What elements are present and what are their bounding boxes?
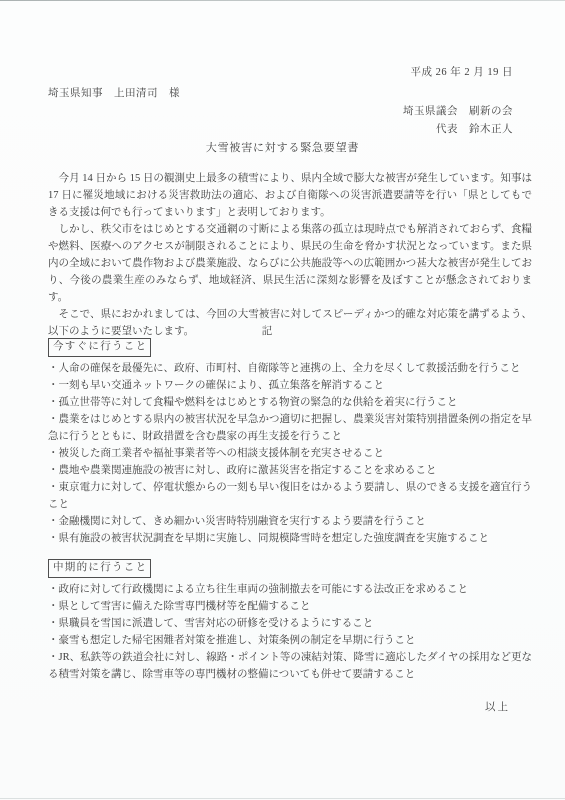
request-item-list: ・人命の確保を最優先に、政府、市町村、自衛隊等と連携の上、全力を尽くして救援活動… [48, 360, 532, 547]
request-item: ・県として雪害に備えた除雪専門機材等を配備すること [48, 598, 532, 615]
scan-artifact-top-edge [0, 0, 565, 1]
request-item: ・被災した商工業者や福祉事業者等への相談支援体制を充実させること [48, 445, 532, 462]
request-item: ・金融機関に対して、きめ細かい災害時特別融資を実行するよう要請を行うこと [48, 513, 532, 530]
request-item: ・政府に対して行政機関による立ち往生車両の強制撤去を可能にする法改正を求めること [48, 581, 532, 598]
sender-organization: 埼玉県議会 刷新の会 [48, 103, 513, 118]
request-item: ・孤立世帯等に対して食糧や燃料をはじめとする物資の緊急的な供給を着実に行うこと [48, 394, 532, 411]
document-title: 大雪被害に対する緊急要望書 [0, 139, 565, 155]
opening-paragraph: しかし、秩父市をはじめとする交通網の寸断による集落の孤立は現時点でも解消されてお… [48, 221, 532, 306]
section-immediate-actions: 今すぐに行うこと ・人命の確保を最優先に、政府、市町村、自衛隊等と連携の上、全力… [48, 338, 532, 547]
sender-representative: 代表 鈴木正人 [48, 121, 513, 136]
request-item: ・豪雪も想定した帰宅困難者対策を推進し、対策条例の制定を早期に行うこと [48, 632, 532, 649]
scanned-document-page: 平成 26 年 2 月 19 日 埼玉県知事 上田清司 様 埼玉県議会 刷新の会… [0, 0, 565, 800]
document-date: 平成 26 年 2 月 19 日 [48, 64, 513, 79]
opening-paragraphs: 今月 14 日から 15 日の観測史上最多の積雪により、県内全域で膨大な被害が発… [48, 170, 532, 340]
request-item: ・JR、私鉄等の鉄道会社に対し、線路・ポイント等の凍結対策、降雪に適応したダイヤ… [48, 649, 532, 683]
closing-marker: 以上 [48, 699, 510, 714]
ki-marker: 記 [48, 323, 487, 338]
section-heading-midterm-actions: 中期的に行うこと [48, 559, 532, 578]
section-midterm-actions: 中期的に行うこと ・政府に対して行政機関による立ち往生車両の強制撤去を可能にする… [48, 559, 532, 683]
section-heading-box: 中期的に行うこと [48, 559, 151, 578]
request-item: ・農業をはじめとする県内の被害状況を早急かつ適切に把握し、農業災害対策特別措置条… [48, 411, 532, 445]
request-item: ・人命の確保を最優先に、政府、市町村、自衛隊等と連携の上、全力を尽くして救援活動… [48, 360, 532, 377]
request-item: ・県職員を雪国に派遣して、雪害対応の研修を受けるようにすること [48, 615, 532, 632]
request-item: ・農地や農業関連施設の被害に対し、政府に激甚災害を指定することを求めること [48, 462, 532, 479]
opening-paragraph: 今月 14 日から 15 日の観測史上最多の積雪により、県内全域で膨大な被害が発… [48, 170, 532, 221]
section-heading-box: 今すぐに行うこと [48, 338, 151, 357]
request-item: ・県有施設の被害状況調査を早期に実施し、同規模降雪時を想定した強度調査を実施する… [48, 530, 532, 547]
request-item: ・東京電力に対して、停電状態からの一刻も早い復旧をはかるよう要請し、県のできる支… [48, 479, 532, 513]
request-item: ・一刻も早い交通ネットワークの確保により、孤立集落を解消すること [48, 377, 532, 394]
recipient-line: 埼玉県知事 上田清司 様 [48, 85, 532, 100]
section-heading-immediate-actions: 今すぐに行うこと [48, 338, 532, 357]
request-item-list: ・政府に対して行政機関による立ち往生車両の強制撤去を可能にする法改正を求めること… [48, 581, 532, 683]
scan-artifact-bottom-edge [0, 798, 565, 799]
